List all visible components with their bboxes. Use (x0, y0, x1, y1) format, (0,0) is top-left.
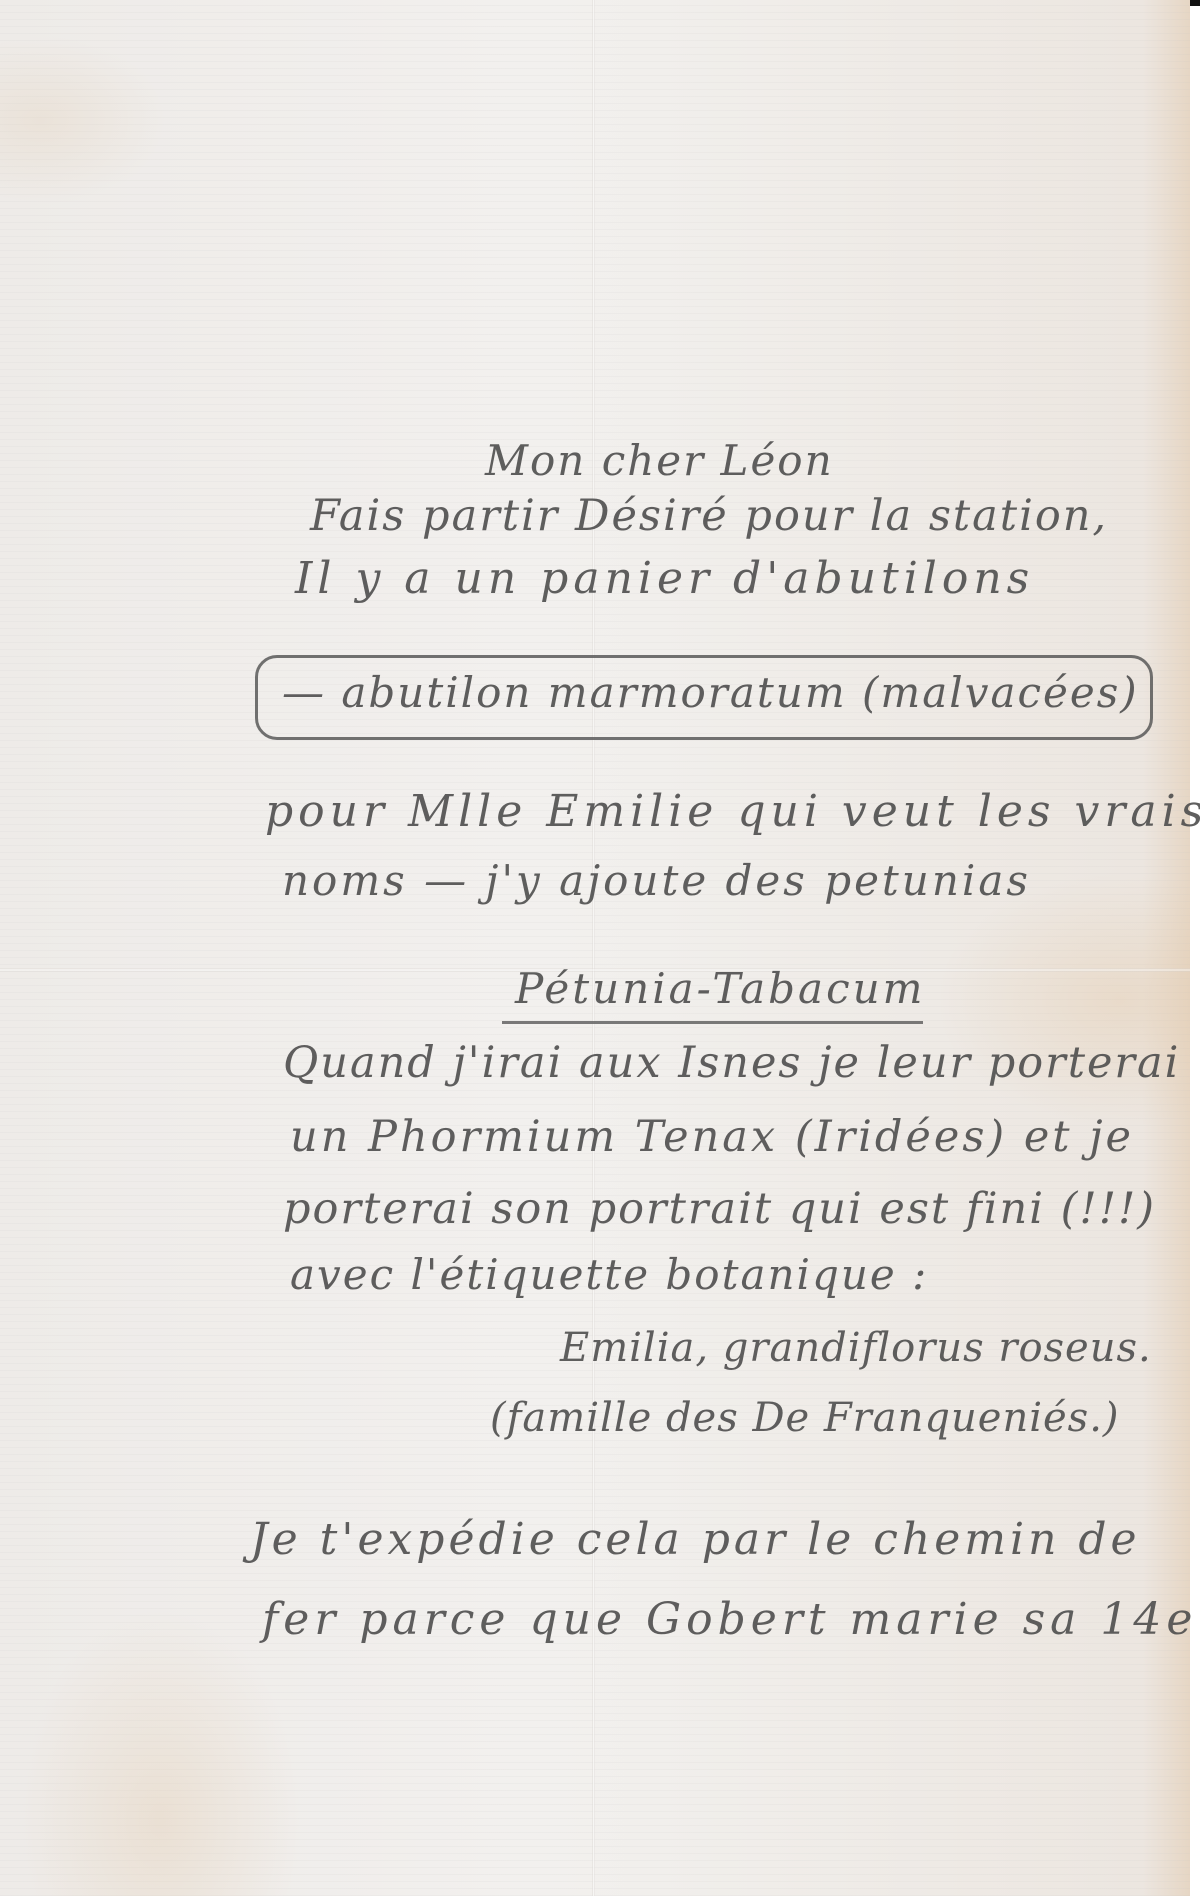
letter-line-5: noms — j'y ajoute des petunias (282, 860, 1031, 902)
salutation: Mon cher Léon (485, 440, 834, 482)
letter-line-1: Fais partir Désiré pour la station, (310, 495, 1108, 538)
letter-line-8: un Phormium Tenax (Iridées) et je (290, 1116, 1134, 1159)
letter-line-9: porterai son portrait qui est fini (!!!) (283, 1188, 1156, 1231)
letter-paper: Mon cher Léon Fais partir Désiré pour la… (0, 0, 1190, 1896)
letter-line-2: Il y a un panier d'abutilons (295, 557, 1034, 601)
letter-line-7: Quand j'irai aux Isnes je leur porterai (283, 1042, 1180, 1085)
letter-line-13: Je t'expédie cela par le chemin de (250, 1518, 1141, 1562)
letter-line-14: fer parce que Gobert marie sa 14e (262, 1598, 1197, 1642)
letter-line-10: avec l'étiquette botanique : (290, 1254, 928, 1296)
letter-line-11: Emilia, grandiflorus roseus. (560, 1328, 1152, 1368)
letter-line-12: (famille des De Franqueniés.) (490, 1398, 1120, 1438)
title-underline (502, 1021, 923, 1024)
letter-line-3-boxed: — abutilon marmoratum (malvacées) (282, 672, 1139, 714)
scan-corner-mark (1190, 0, 1200, 6)
letter-line-6-underlined: Pétunia-Tabacum (515, 968, 926, 1010)
letter-line-4: pour Mlle Emilie qui veut les vrais (265, 790, 1200, 834)
